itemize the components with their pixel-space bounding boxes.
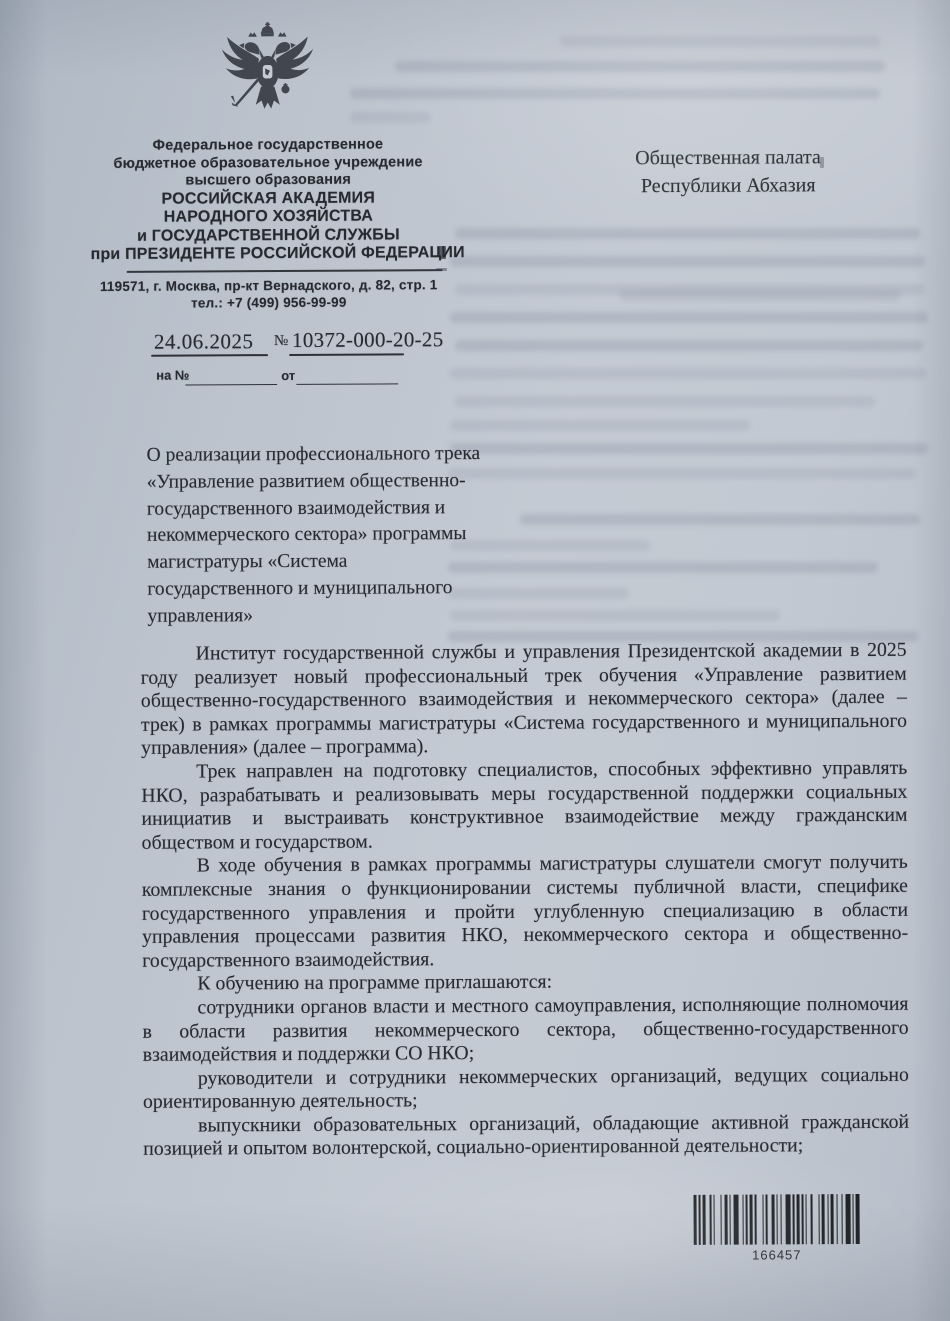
subject-line: государственного и муниципального [147,575,477,604]
number-sign: № [274,333,288,350]
letterhead-address-block: 119571, г. Москва, пр-кт Вернадского, д.… [91,277,447,312]
letter-number: 10372-000-20-25 [292,327,444,353]
number-underline [289,353,404,355]
barcode [693,1194,859,1245]
reply-number-label: на № [156,367,189,382]
barcode-number: 166457 [694,1247,860,1263]
letter-date: 24.06.2025 [154,329,254,355]
body-paragraph: сотрудники органов власти и местного сам… [142,993,908,1068]
subject-line: государственного взаимодействия и [147,495,477,524]
russian-coat-of-arms-icon [219,21,316,130]
letterhead-org-line: при ПРЕЗИДЕНТЕ РОССИЙСКОЙ ФЕДЕРАЦИИ [91,244,447,264]
reply-from-label: от [281,368,295,383]
body-paragraph: В ходе обучения в рамках программы магис… [142,851,909,973]
letterhead-org-line: и ГОСУДАРСТВЕННОЙ СЛУЖБЫ [90,226,446,246]
subject-line: О реализации профессионального трека [147,441,477,470]
letterhead-org-line: бюджетное образовательное учреждение [90,154,446,173]
subject-line: магистратуры «Система [147,548,477,577]
letterhead-address: 119571, г. Москва, пр-кт Вернадского, д.… [91,277,447,295]
letterhead-org-block: Федеральное государственное бюджетное об… [90,136,447,265]
reply-from-underline [296,383,398,385]
letterhead-org-line: Федеральное государственное [90,136,446,155]
recipient-name-line: Республики Абхазия [598,171,858,200]
subject-line: «Управление развитием общественно- [147,468,477,497]
recipient-block: Общественная палата Республики Абхазия [598,144,858,200]
letterhead-divider-line [127,269,443,273]
body-paragraph: выпускники образовательных организаций, … [143,1111,909,1162]
letterhead-org-line: НАРОДНОГО ХОЗЯЙСТВА [90,207,446,227]
subject-line: некоммерческого сектора» программы [147,521,477,550]
body-paragraph: Трек направлен на подготовку специалисто… [141,757,907,855]
letter-subject: О реализации профессионального трека «Уп… [147,441,478,630]
recipient-name-line: Общественная палата [598,144,858,173]
body-paragraph: Институт государственной службы и управл… [141,639,908,761]
letterhead-org-line: высшего образования [90,171,446,190]
letter-body: Институт государственной службы и управл… [141,639,910,1162]
date-underline [151,354,268,356]
subject-line: управления» [147,602,477,631]
reply-number-underline [185,384,277,386]
letterhead-org-line: РОССИЙСКАЯ АКАДЕМИЯ [90,189,446,209]
body-paragraph: руководители и сотрудники некоммерческих… [143,1063,909,1114]
scanned-letter-document: Федеральное государственное бюджетное об… [0,0,950,1321]
letterhead-phone: тел.: +7 (499) 956-99-99 [91,294,447,312]
